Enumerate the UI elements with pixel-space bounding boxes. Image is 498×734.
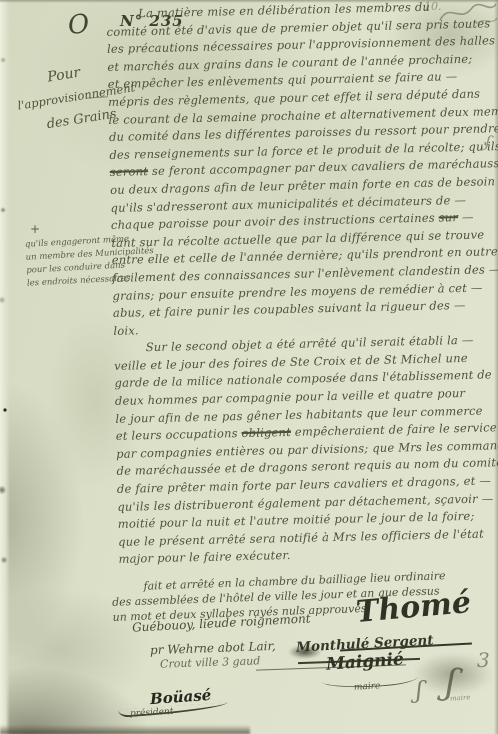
margin-heading-line1: Pour	[46, 65, 81, 86]
signature-role-maire: maire	[354, 681, 381, 692]
flourish-stroke-icon: ʃ	[415, 676, 423, 704]
struck-word: obligent	[241, 425, 291, 440]
manuscript-page: O N° 235 10. Pour l'approvisionnement de…	[0, 0, 498, 734]
registry-mark: O	[66, 9, 90, 41]
signature-illegible-3: Crout ville 3 gaud	[160, 654, 261, 670]
main-text-block: La matière mise en délibération les memb…	[106, 0, 498, 569]
signature-role-president: président	[130, 707, 174, 719]
paper-edge-left	[0, 0, 10, 734]
struck-word: sur	[439, 210, 459, 224]
margin-note-insertion-mark: +	[30, 222, 40, 236]
struck-word: seront	[110, 164, 149, 179]
flourish-stroke-icon: 3	[477, 648, 490, 672]
line-text: empêcheraient de faire le service	[291, 420, 497, 439]
line-text: et leurs occupations	[116, 426, 242, 443]
margin-heading-line3: des Grains	[46, 106, 118, 132]
faint-annotation: maire	[450, 693, 471, 703]
ink-blot	[288, 645, 322, 659]
line-text: —	[458, 210, 474, 224]
paper-edge-bottom	[0, 725, 250, 734]
signature-maignie: Maignié	[325, 649, 404, 674]
